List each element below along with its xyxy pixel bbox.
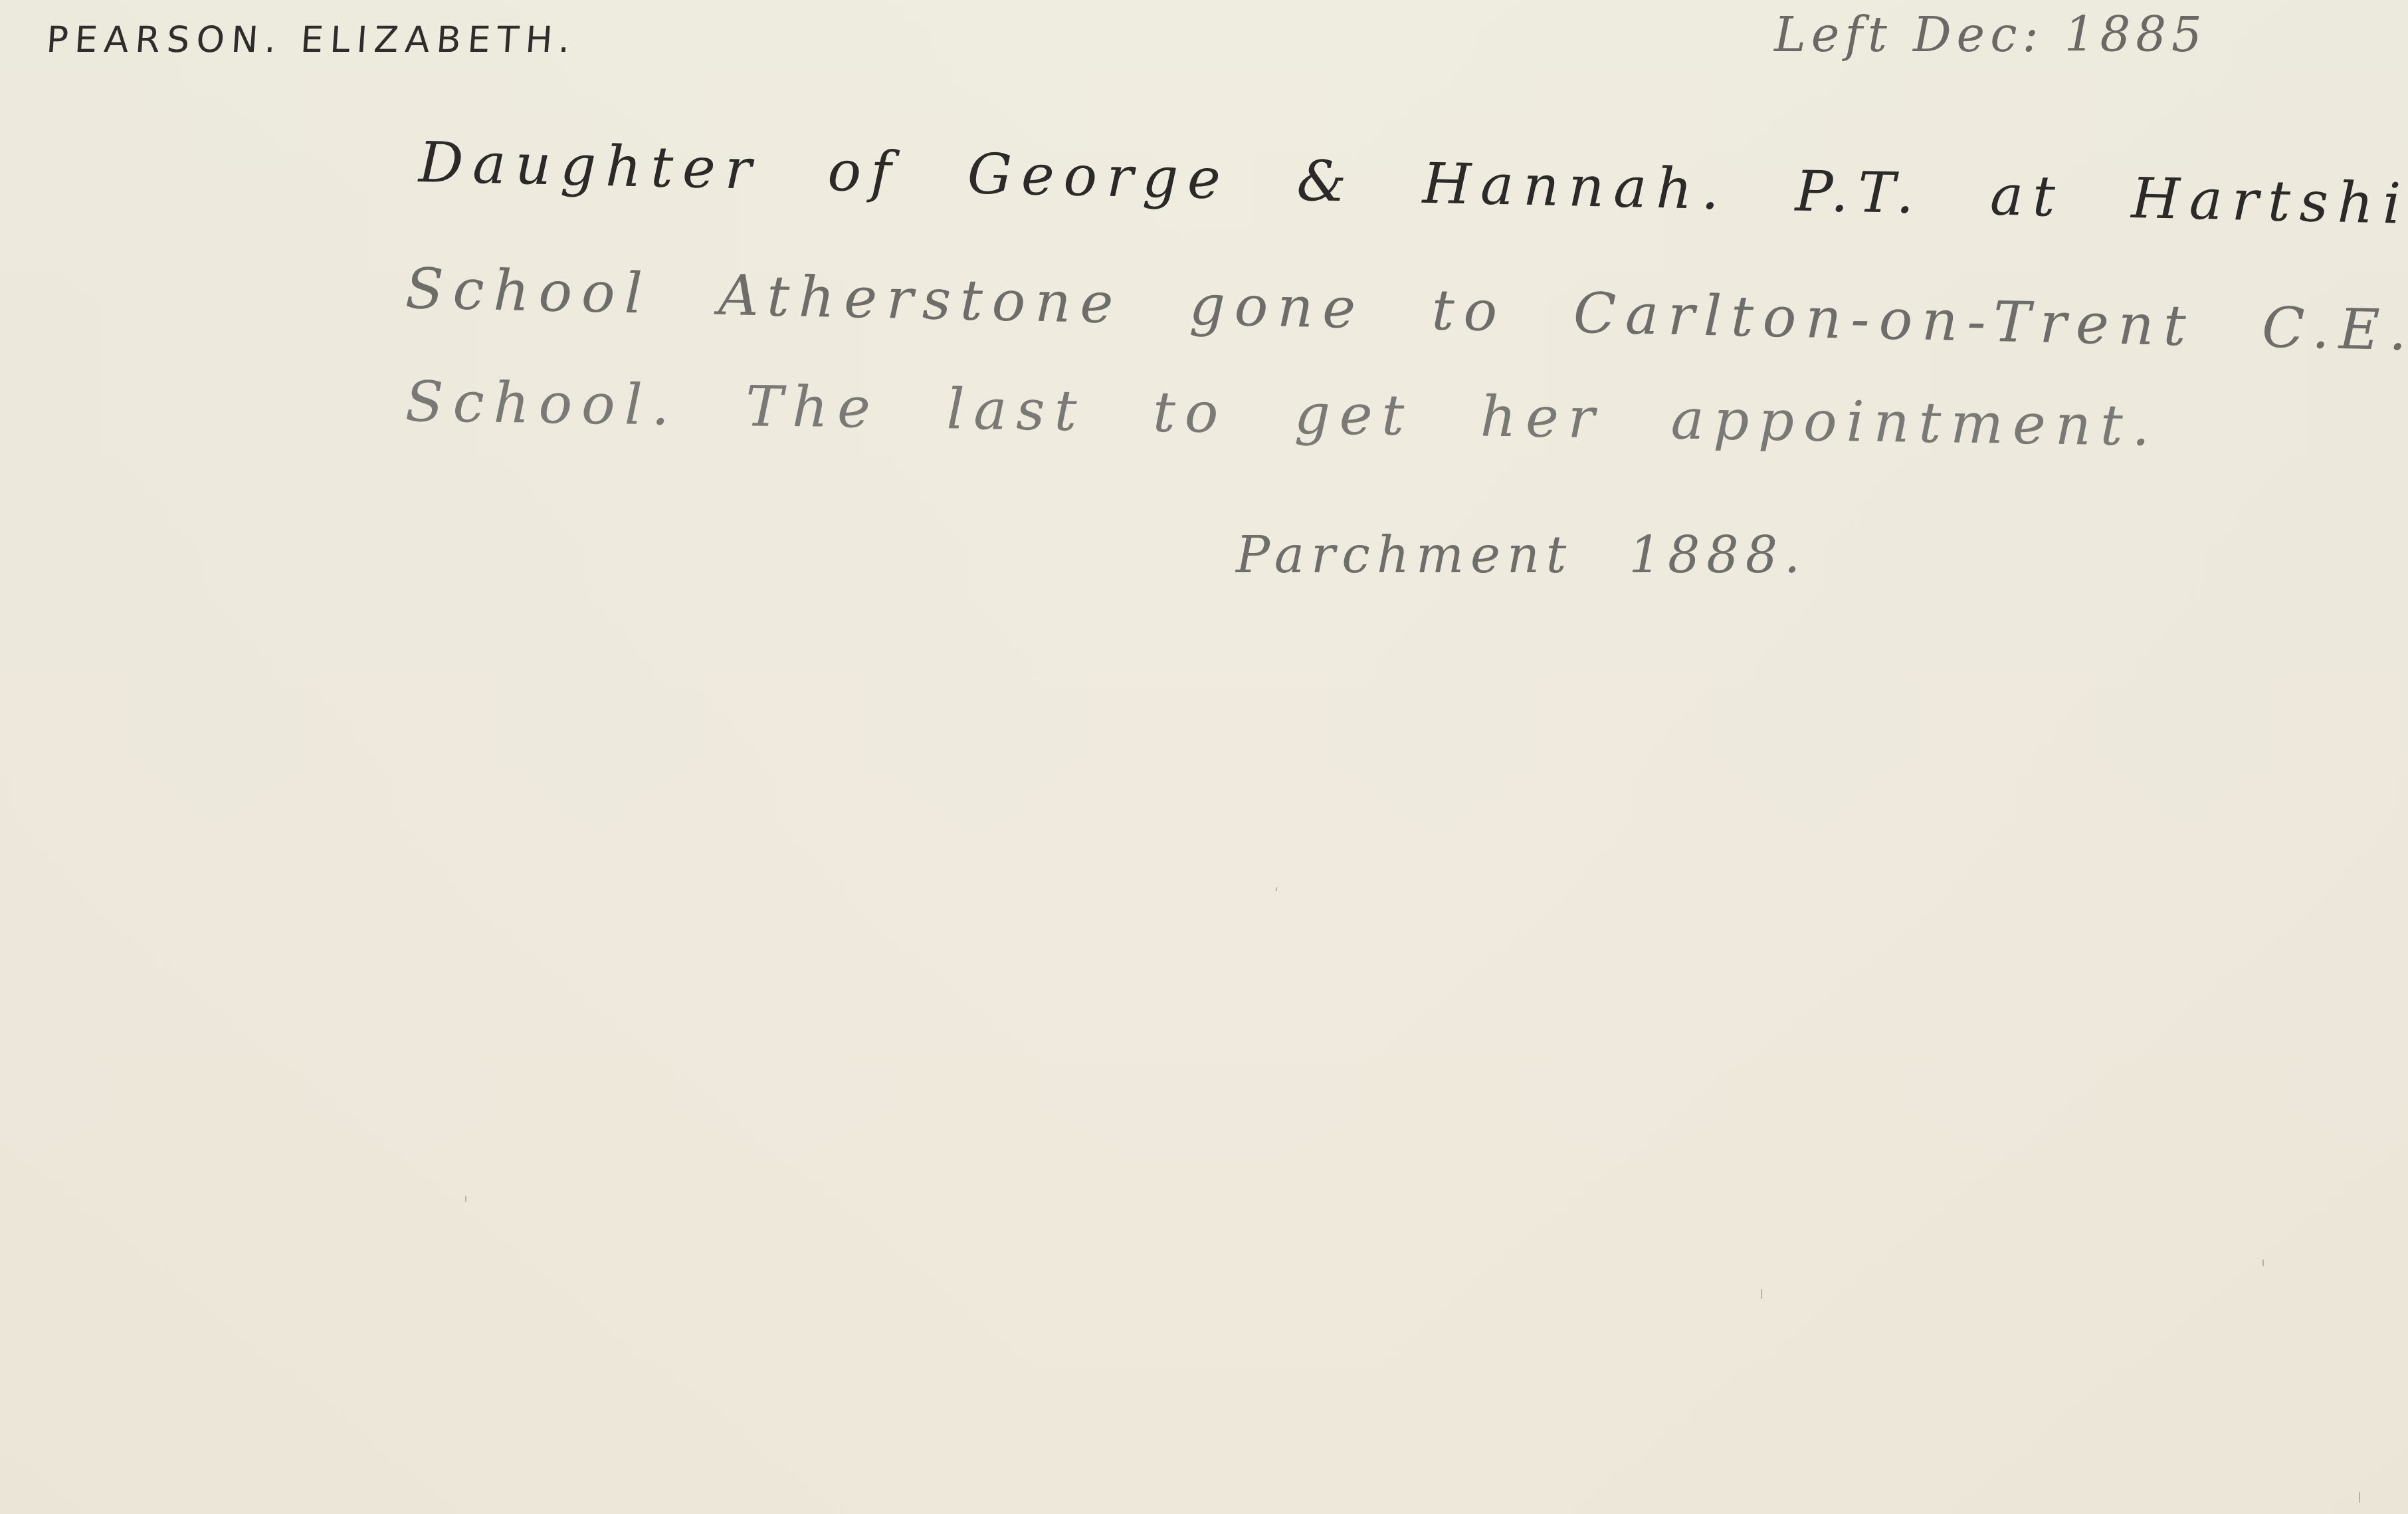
paper-fleck (2359, 1492, 2360, 1503)
paper-fleck (465, 1196, 466, 1202)
left-date-note: Left Dec: 1885 (1774, 7, 2207, 62)
paper-fleck (2262, 1259, 2264, 1266)
header-name: PEARSON. ELIZABETH. (45, 19, 578, 60)
record-card-page: PEARSON. ELIZABETH. Left Dec: 1885 Daugh… (0, 0, 2408, 1514)
parchment-note: Parchment 1888. (1236, 525, 1807, 584)
paper-fleck (1276, 887, 1277, 891)
paper-fleck (1761, 1289, 1762, 1299)
body-line-1: Daughter of George & Hannah. P.T. at Har… (418, 130, 2408, 246)
body-line-2: School Atherstone gone to Carlton-on-Tre… (405, 256, 2408, 371)
body-line-3: School. The last to get her appointment. (405, 369, 2159, 459)
